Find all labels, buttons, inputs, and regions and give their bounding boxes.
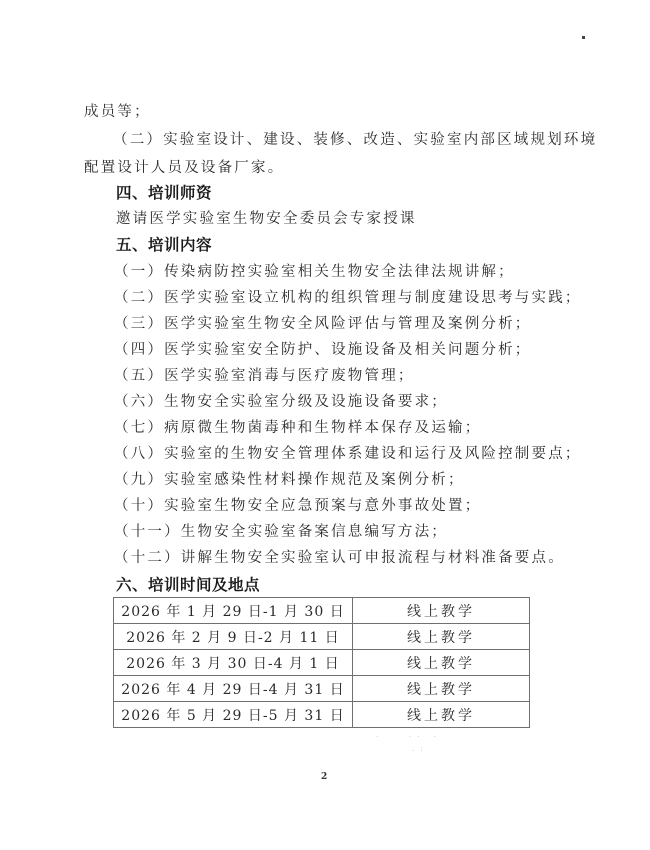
section-heading-content: 五、培训内容 <box>116 236 212 254</box>
content-item: （四）医学实验室安全防护、设施设备及相关问题分析； <box>114 341 532 359</box>
table-row: 2026 年 3 月 30 日-4 月 1 日 线上教学 <box>114 650 530 676</box>
location-cell: 线上教学 <box>353 702 530 728</box>
table-row: 2026 年 2 月 9 日-2 月 11 日 线上教学 <box>114 624 530 650</box>
location-cell: 线上教学 <box>353 650 530 676</box>
table-row: 2026 年 5 月 29 日-5 月 31 日 线上教学 <box>114 702 530 728</box>
location-cell: 线上教学 <box>353 676 530 702</box>
content-item: （八）实验室的生物安全管理体系建设和运行及风险控制要点； <box>114 445 582 463</box>
location-cell: 线上教学 <box>353 624 530 650</box>
content-item: （七）病原微生物菌毒种和生物样本保存及运输； <box>114 419 481 437</box>
content-item: （十二）讲解生物安全实验室认可申报流程与材料准备要点。 <box>114 549 565 567</box>
date-cell: 2026 年 5 月 29 日-5 月 31 日 <box>114 702 353 728</box>
schedule-table: 2026 年 1 月 29 日-1 月 30 日 线上教学 2026 年 2 月… <box>113 597 530 728</box>
scan-noise: .: <box>412 745 429 753</box>
faculty-text: 邀请医学实验室生物安全委员会专家授课 <box>116 210 417 228</box>
date-cell: 2026 年 2 月 9 日-2 月 11 日 <box>114 624 353 650</box>
scan-speck <box>582 36 585 39</box>
paragraph-line: 成员等； <box>84 103 151 121</box>
table-row: 2026 年 1 月 29 日-1 月 30 日 线上教学 <box>114 598 530 624</box>
date-cell: 2026 年 3 月 30 日-4 月 1 日 <box>114 650 353 676</box>
scan-noise: . .. . <box>376 731 442 739</box>
content-item: （十）实验室生物安全应急预案与意外事故处置； <box>114 497 481 515</box>
page-number: 2 <box>321 772 327 782</box>
location-cell: 线上教学 <box>353 598 530 624</box>
paragraph-line: 配置设计人员及设备厂家。 <box>84 159 284 177</box>
content-item: （二）医学实验室设立机构的组织管理与制度建设思考与实践； <box>114 289 582 307</box>
paragraph-line: （二）实验室设计、建设、装修、改造、实验室内部区域规划环境 <box>113 131 597 149</box>
content-item: （六）生物安全实验室分级及设施设备要求； <box>114 393 448 411</box>
table-row: 2026 年 4 月 29 日-4 月 31 日 线上教学 <box>114 676 530 702</box>
content-item: （九）实验室感染性材料操作规范及案例分析； <box>114 471 465 489</box>
content-item: （五）医学实验室消毒与医疗废物管理； <box>114 367 415 385</box>
content-item: （十一）生物安全实验室备案信息编写方法； <box>114 523 448 541</box>
date-cell: 2026 年 1 月 29 日-1 月 30 日 <box>114 598 353 624</box>
section-heading-schedule: 六、培训时间及地点 <box>116 576 260 594</box>
content-item: （一）传染病防控实验室相关生物安全法律法规讲解； <box>114 263 515 281</box>
date-cell: 2026 年 4 月 29 日-4 月 31 日 <box>114 676 353 702</box>
section-heading-faculty: 四、培训师资 <box>116 184 212 202</box>
content-item: （三）医学实验室生物安全风险评估与管理及案例分析； <box>114 315 532 333</box>
